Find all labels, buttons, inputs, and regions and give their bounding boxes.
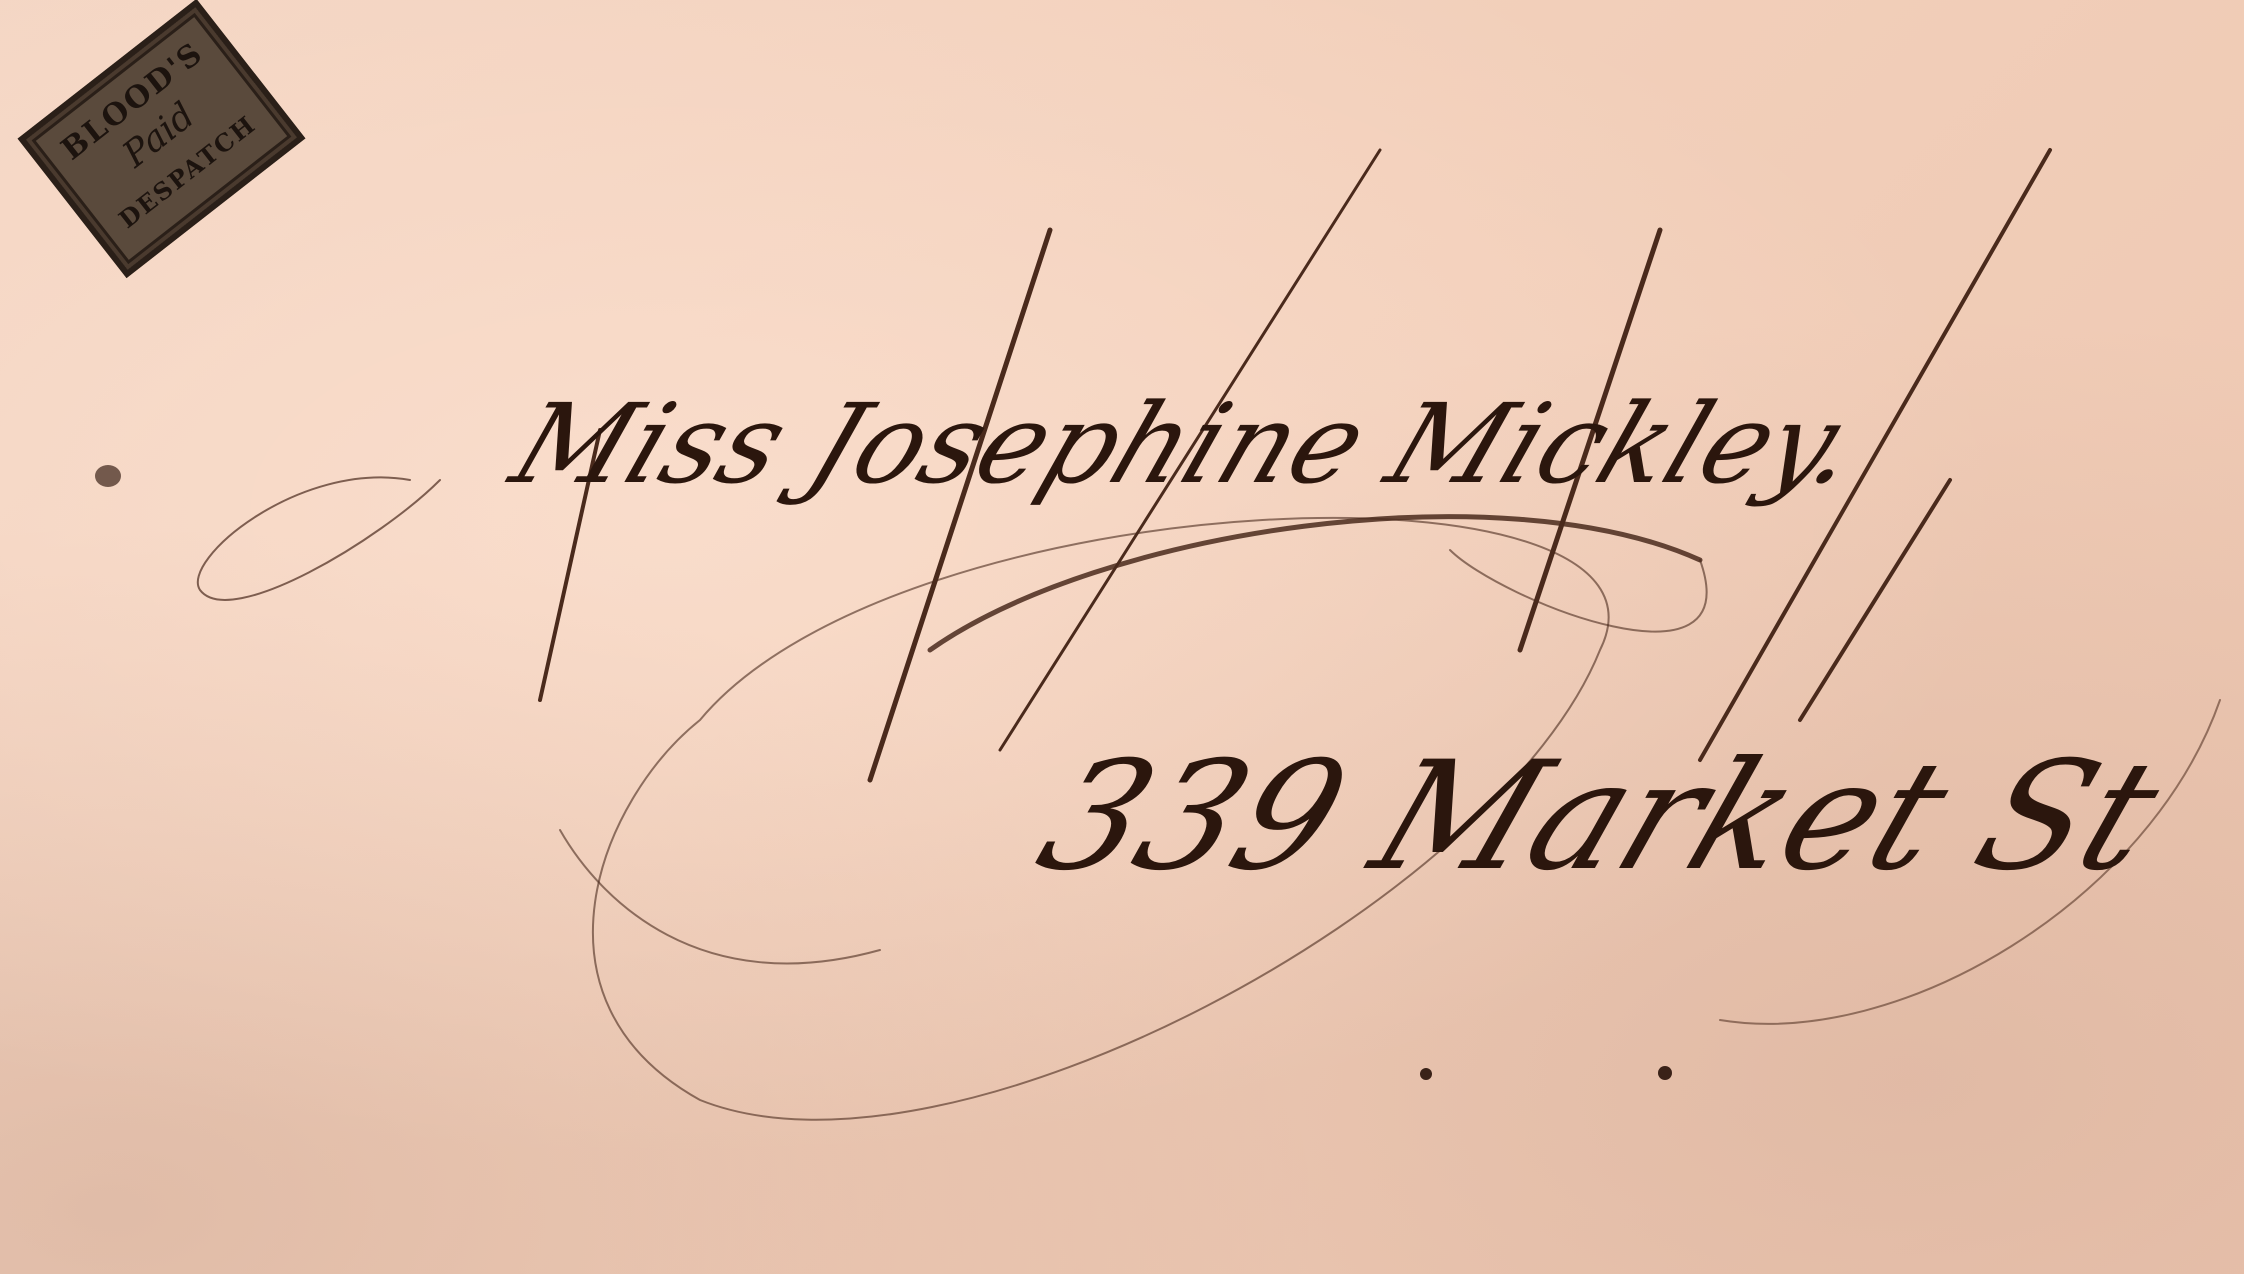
envelope: BLOOD'S Paid DESPATCH Miss Josephine Mic… [0,0,2244,1274]
ink-spot [1658,1066,1672,1080]
calligraphy-flourishes [0,0,2244,1274]
ink-spot [1420,1068,1432,1080]
ink-spot [95,465,121,487]
recipient-name: Miss Josephine Mickley. [497,380,1877,508]
recipient-street: 339 Market St [1018,730,2181,904]
